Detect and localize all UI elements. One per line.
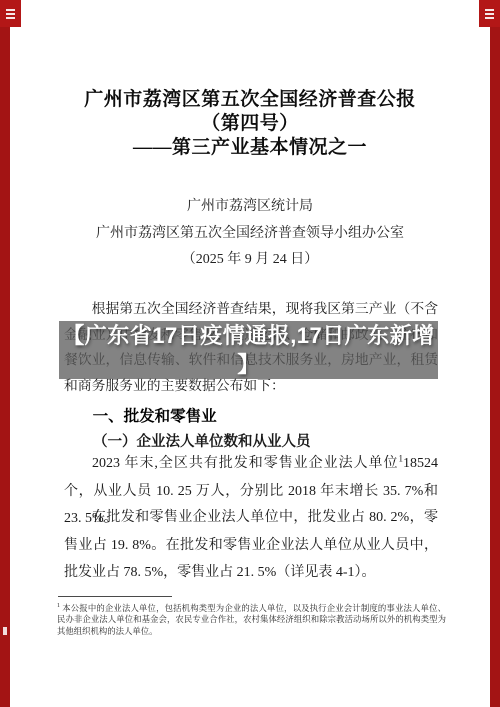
ad-overlay-line-2: 】 xyxy=(53,350,444,379)
document-title: 广州市荔湾区第五次全国经济普查公报 （第四号） ——第三产业基本情况之一 xyxy=(0,88,500,160)
top-right-corner-tab[interactable] xyxy=(479,0,500,27)
page: 广州市荔湾区第五次全国经济普查公报 （第四号） ——第三产业基本情况之一 广州市… xyxy=(0,0,500,707)
title-line-3: ——第三产业基本情况之一 xyxy=(0,136,500,160)
right-edge-bar xyxy=(490,0,500,707)
footnote-divider xyxy=(58,596,172,597)
section-subheading: （一）企业法人单位数和从业人员 xyxy=(64,430,438,451)
left-edge-bar xyxy=(0,0,10,707)
para1-prefix: 2023 年末,全区共有批发和零售业企业法人单位 xyxy=(92,456,399,471)
title-line-1: 广州市荔湾区第五次全国经济普查公报 xyxy=(0,88,500,112)
title-line-2: （第四号） xyxy=(0,112,500,136)
footnote-number: 1 xyxy=(57,603,60,609)
issuer-block: 广州市荔湾区统计局 广州市荔湾区第五次全国经济普查领导小组办公室 （2025 年… xyxy=(0,194,500,274)
issuer-line-1: 广州市荔湾区统计局 xyxy=(0,194,500,221)
ad-overlay-line-1: 【广东省17日疫情通报,17日广东新增 xyxy=(53,321,444,350)
issuer-line-2: 广州市荔湾区第五次全国经济普查领导小组办公室 xyxy=(0,221,500,248)
menu-lines-icon xyxy=(6,9,15,11)
footnote-text: 本公报中的企业法人单位，包括机构类型为企业的法人单位，以及执行企业会计制度的事业… xyxy=(57,604,446,636)
footnote: 1 本公报中的企业法人单位，包括机构类型为企业的法人单位，以及执行企业会计制度的… xyxy=(57,601,446,638)
paragraph-wholesale-retail-share: 在批发和零售业企业法人单位中，批发业占 80. 2%，零售业占 19. 8%。在… xyxy=(64,504,438,587)
section-heading: 一、批发和零售业 xyxy=(64,404,438,426)
top-left-corner-tab[interactable] xyxy=(0,0,21,27)
left-bar-tick-mark xyxy=(3,627,7,635)
issue-date: （2025 年 9 月 24 日） xyxy=(0,247,500,274)
ad-overlay-banner[interactable]: 【广东省17日疫情通报,17日广东新增 】 xyxy=(59,321,438,379)
ad-overlay-text: 【广东省17日疫情通报,17日广东新增 】 xyxy=(53,321,444,379)
menu-lines-icon xyxy=(485,9,494,11)
